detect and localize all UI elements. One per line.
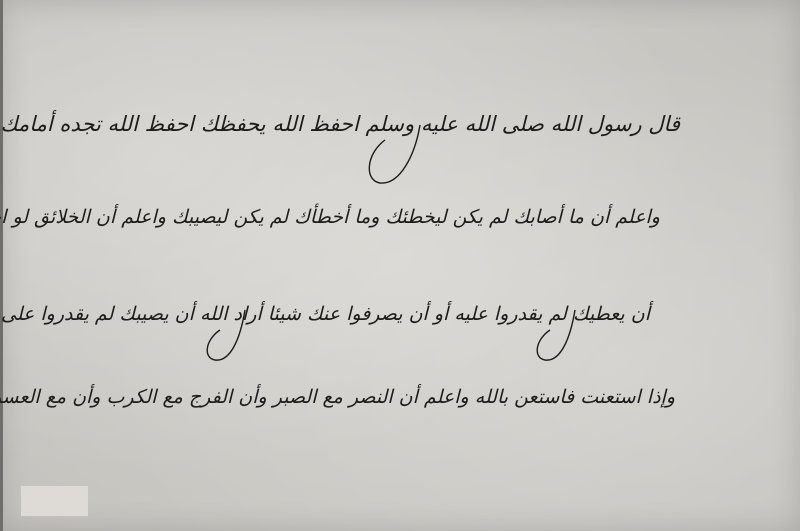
calligraphy-line-2: واعلم أن ما أصابك لم يكن ليخطئك وما أخطأ… xyxy=(0,206,800,228)
paper-label-patch xyxy=(21,486,88,516)
calligraphy-line-4: وإذا استعنت فاستعن بالله واعلم أن النصر … xyxy=(0,386,800,408)
paper-edge xyxy=(0,0,3,531)
swash-flourish-2 xyxy=(200,300,260,370)
calligraphy-paper: قال رسول الله صلى الله عليه وسلم احفظ ال… xyxy=(0,0,800,531)
swash-flourish-3 xyxy=(530,300,590,370)
calligraphy-line-3: أن يعطيك لم يقدروا عليه أو أن يصرفوا عنك… xyxy=(0,303,800,325)
swash-flourish-1 xyxy=(360,95,440,195)
